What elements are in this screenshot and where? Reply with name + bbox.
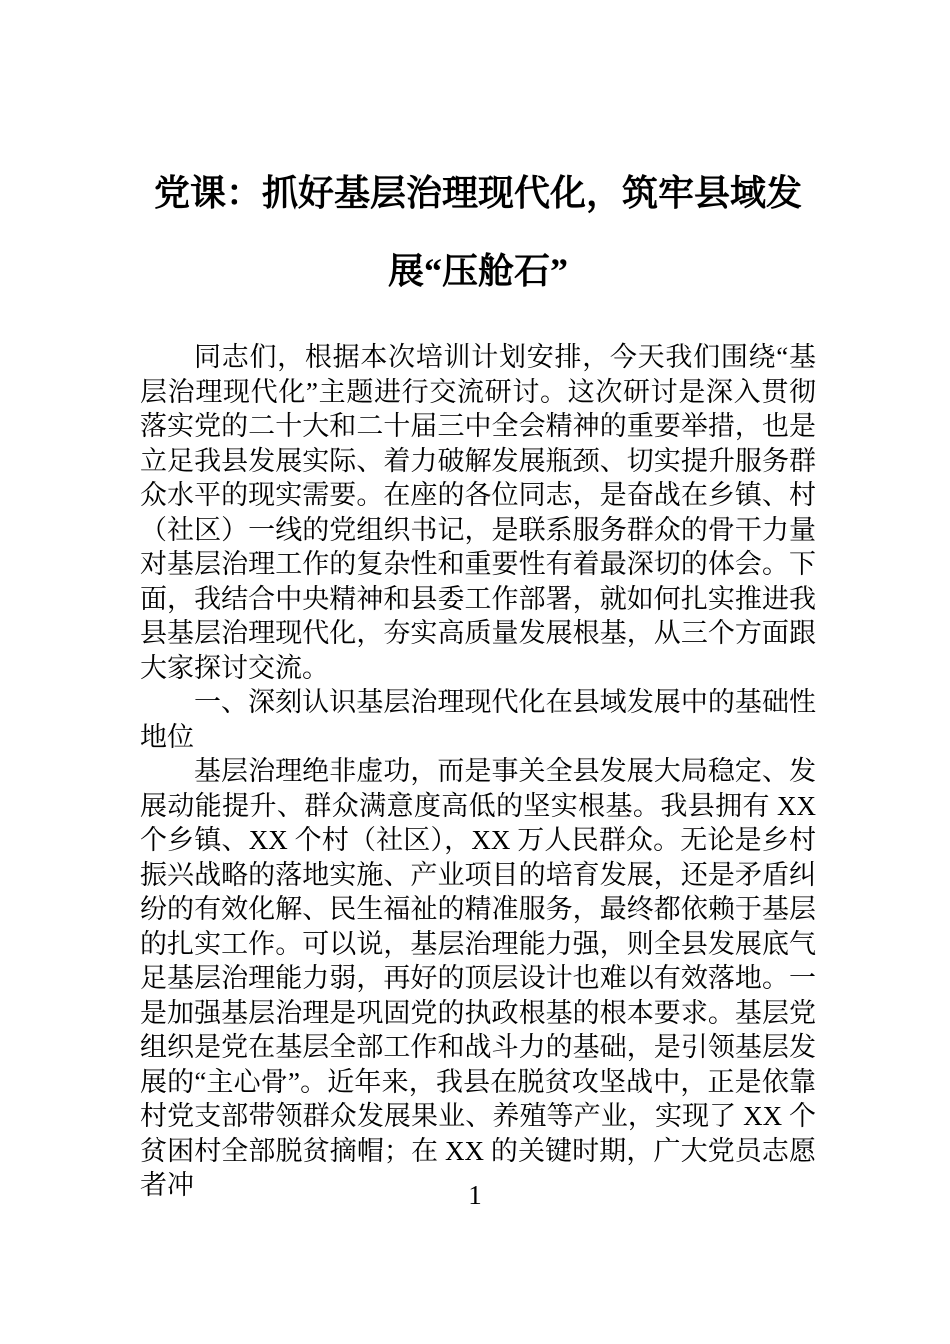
document-page: 党课：抓好基层治理现代化，筑牢县域发展“压舱石” 同志们，根据本次培训计划安排，…	[0, 0, 950, 1344]
document-title: 党课：抓好基层治理现代化，筑牢县域发展“压舱石”	[140, 154, 816, 310]
document-body: 同志们，根据本次培训计划安排，今天我们围绕“基层治理现代化”主题进行交流研讨。这…	[140, 340, 816, 1203]
paragraph: 同志们，根据本次培训计划安排，今天我们围绕“基层治理现代化”主题进行交流研讨。这…	[140, 340, 816, 685]
paragraph: 基层治理绝非虚功，而是事关全县发展大局稳定、发展动能提升、群众满意度高低的坚实根…	[140, 754, 816, 1203]
page-number: 1	[0, 1180, 950, 1211]
section-heading: 一、深刻认识基层治理现代化在县域发展中的基础性地位	[140, 685, 816, 754]
document-content: 党课：抓好基层治理现代化，筑牢县域发展“压舱石” 同志们，根据本次培训计划安排，…	[140, 154, 816, 1203]
